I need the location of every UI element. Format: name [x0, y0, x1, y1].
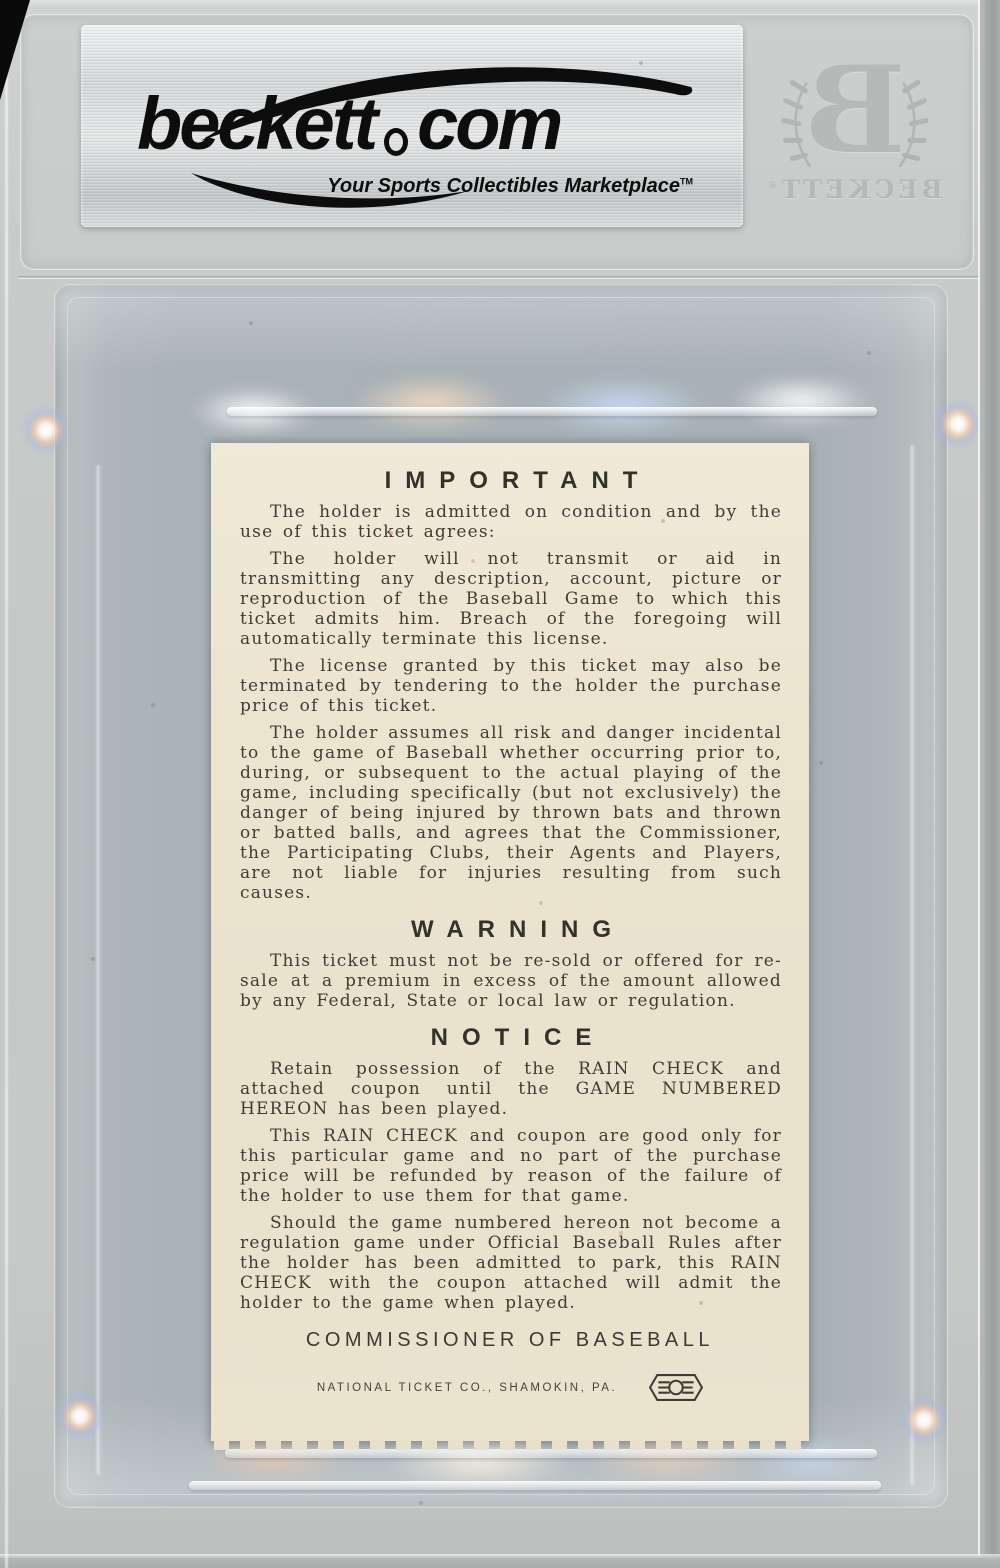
printer-credit-row: NATIONAL TICKET CO., SHAMOKIN, PA.: [240, 1374, 782, 1401]
slab-edge-bottom: [0, 1554, 1000, 1568]
logo-brand-text: beckett: [137, 87, 375, 161]
tagline-text: Your Sports Collectibles Marketplace: [327, 175, 680, 197]
watermark-letter: B: [749, 47, 961, 175]
logo-tld-text: com: [417, 87, 560, 161]
lens-flare-sparkle: [23, 407, 69, 453]
watermark-text: BECKETT®: [749, 175, 961, 204]
commissioner-signature: COMMISSIONER OF BASEBALL: [240, 1329, 782, 1352]
section-heading-important: IMPORTANT: [240, 467, 782, 495]
lens-flare-sparkle: [901, 1397, 947, 1443]
label-compartment: beckett com Your Sports Collectibles Mar…: [20, 14, 974, 270]
slab-edge-left: [5, 0, 8, 1568]
ticket-paragraph: Retain possession of the RAIN CHECK and …: [240, 1059, 782, 1119]
lens-flare-sparkle: [935, 401, 981, 447]
plastic-ridge-left: [95, 465, 103, 1475]
registered-symbol: ®: [767, 181, 777, 192]
plastic-ridge-bar-bottom-2: [189, 1481, 881, 1490]
plastic-ridge-bar-bottom-1: [225, 1449, 877, 1458]
ticket-paragraph: This RAIN CHECK and coupon are good only…: [240, 1126, 782, 1206]
ticket-back: IMPORTANT The holder is admitted on cond…: [211, 443, 809, 1441]
ball-dot-icon: [384, 128, 408, 156]
plastic-ridge-bar-top: [227, 407, 877, 416]
label-tagline: Your Sports Collectibles MarketplaceTM: [327, 175, 693, 198]
ticket-paragraph: The holder will not transmit or aid in t…: [240, 549, 782, 649]
trademark-symbol: TM: [680, 176, 693, 186]
slab-edge-top: [0, 0, 1000, 12]
ticket-paragraph: This ticket must not be re-sold or offer…: [240, 951, 782, 1011]
union-label-icon: [647, 1374, 705, 1401]
perforated-edge: [214, 1440, 806, 1450]
slab-seam-groove: [18, 276, 982, 279]
beckett-logo: beckett com: [137, 87, 560, 161]
beckett-label-plate: beckett com Your Sports Collectibles Mar…: [81, 25, 743, 227]
lens-flare-sparkle: [57, 1393, 103, 1439]
printer-credit: NATIONAL TICKET CO., SHAMOKIN, PA.: [317, 1382, 617, 1394]
dust-specks: [0, 0, 2, 2]
ticket-paragraph: The license granted by this ticket may a…: [240, 656, 782, 716]
ticket-compartment: IMPORTANT The holder is admitted on cond…: [54, 284, 948, 1508]
ticket-paragraph: Should the game numbered hereon not beco…: [240, 1213, 782, 1313]
ticket-paragraph: The holder is admitted on condition and …: [240, 502, 782, 542]
watermark-brand: BECKETT: [777, 175, 942, 204]
ticket-paragraph: The holder assumes all risk and danger i…: [240, 723, 782, 903]
beckett-watermark: B BECKETT®: [749, 47, 961, 239]
section-heading-notice: NOTICE: [240, 1024, 782, 1052]
plastic-ridge-right: [909, 445, 917, 1485]
section-heading-warning: WARNING: [240, 916, 782, 944]
graded-slab-photo: beckett com Your Sports Collectibles Mar…: [0, 0, 1000, 1568]
holographic-glow-top: [135, 359, 875, 443]
slab-edge-right: [978, 0, 1000, 1568]
